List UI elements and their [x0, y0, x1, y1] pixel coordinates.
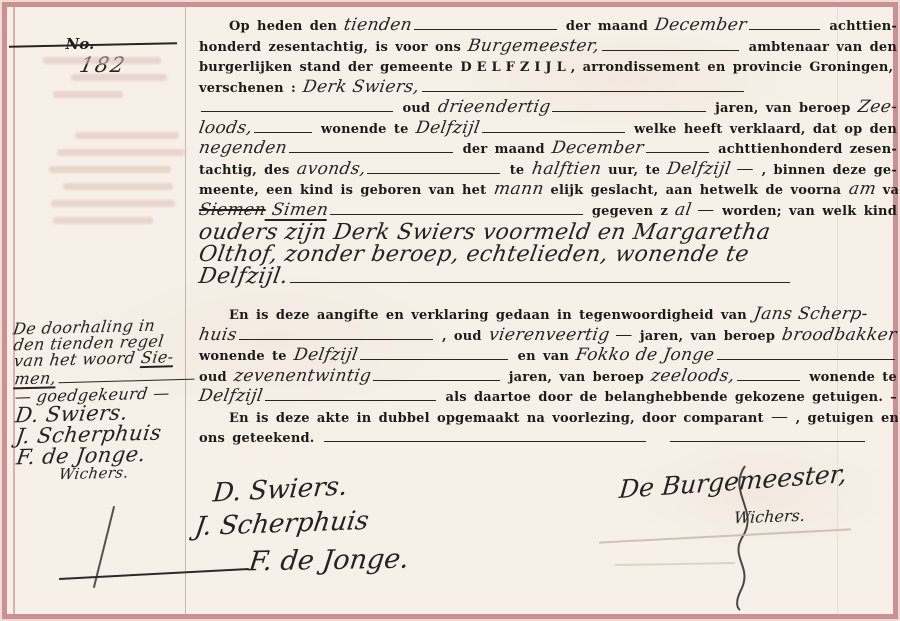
struck-name: Siemen: [198, 202, 267, 219]
document-line: oud drieendertig jaren, van beroep Zee-: [199, 99, 897, 120]
handwritten-text: December: [551, 140, 645, 157]
blank-rule: [737, 375, 800, 381]
printed-text: , binnen deze ge-: [754, 161, 897, 182]
page-edge-line: [13, 7, 15, 614]
document-line: burgerlijken stand der gemeente DELFZIJL…: [199, 58, 897, 79]
underlined-handwritten-text: Sie-: [140, 349, 175, 368]
handwritten-text: halftien: [530, 161, 602, 178]
printed-text: als daartoe door de belanghebbende gekoz…: [438, 388, 897, 409]
blank-rule: [289, 147, 453, 153]
underlined-handwritten-text: Simen: [264, 202, 329, 221]
signature-witness-1: J. Scherphuis: [193, 506, 371, 542]
margin-paraph-underline: [59, 568, 249, 580]
signature-witness-2: F. de Jonge.: [247, 544, 411, 578]
printed-text: te: [502, 161, 531, 182]
document-line: Delfzijl.: [199, 266, 897, 288]
printed-text: achttien-: [822, 17, 897, 38]
printed-text: der maand: [559, 17, 656, 38]
document-line: ons geteekend.: [199, 429, 897, 450]
blank-rule: [482, 127, 625, 133]
blank-rule: [324, 436, 646, 442]
handwritten-text: Delfzijl: [198, 388, 264, 405]
printed-text: wonende te: [314, 120, 416, 141]
document-line: Olthof, zonder beroep, echtelieden, wone…: [199, 244, 897, 266]
spacer: [867, 441, 897, 442]
fold-line-left: [185, 7, 186, 614]
document-line: loods, wonende te Delfzijl welke heeft v…: [199, 120, 897, 141]
handwritten-text: negenden: [198, 140, 289, 157]
printed-text: welke heeft verklaard, dat op den: [627, 120, 897, 141]
blank-rule: [749, 24, 820, 30]
handwritten-text: al —: [674, 202, 716, 219]
printed-text: achttienhonderd zesen-: [711, 140, 897, 161]
handwritten-text: vierenveertig —: [488, 327, 634, 344]
document-line: wonende te Delfzijl en van Fokko de Jong…: [199, 347, 897, 368]
blank-rule: [265, 395, 437, 401]
printed-text: uur, te: [601, 161, 668, 182]
bleed-line: [49, 166, 171, 173]
handwritten-text: Delfzijl: [414, 120, 480, 137]
blank-rule: [602, 45, 740, 51]
blank-rule: [367, 168, 500, 174]
marginal-annotation: De doorhaling inden tienden regelvan het…: [13, 317, 199, 484]
blank-rule: [254, 127, 311, 133]
document-line: tachtig, des avonds, te halftien uur, te…: [199, 161, 897, 182]
document-line: meente, een kind is geboren van het mann…: [199, 181, 897, 202]
handwritten-text: Burgemeester,: [467, 38, 601, 55]
printed-text: , oud: [435, 327, 489, 348]
blank-rule: [58, 374, 194, 384]
handwritten-text: December: [654, 17, 748, 34]
handwritten-text: drieendertig: [436, 99, 551, 116]
printed-text: wonende te: [199, 347, 294, 368]
handwritten-text: am: [847, 181, 877, 198]
printed-text: En is deze akte in dubbel opgemaakt na v…: [229, 409, 771, 430]
document-line: ouders zijn Derk Swiers voormeld en Marg…: [199, 222, 897, 244]
bleed-line: [63, 183, 173, 190]
printed-text: honderd zesentachtig, is voor ons: [199, 38, 468, 59]
letterspaced-text: DELFZIJL: [460, 58, 570, 79]
signature-comparant: D. Swiers.: [212, 471, 349, 508]
handwritten-text: zeeloods,: [650, 368, 736, 385]
handwritten-text: huis: [198, 327, 238, 344]
document-line: huis , oud vierenveertig — jaren, van be…: [199, 327, 897, 348]
printed-text: jaren, van beroep: [502, 368, 652, 389]
bleed-line: [53, 91, 123, 98]
blank-rule: [360, 354, 509, 360]
printed-text: Op heden den: [229, 17, 344, 38]
act-paragraph-2: En is deze aangifte en verklaring gedaan…: [199, 306, 897, 450]
act-paragraph-1: Op heden den tienden der maand December …: [199, 17, 897, 288]
printed-text: oud: [199, 368, 234, 389]
blank-rule: [552, 106, 706, 112]
printed-text: ons geteekend.: [199, 429, 322, 450]
printed-text: wonende te: [802, 368, 897, 389]
handwritten-text: tienden: [343, 17, 414, 34]
printed-text: meente, een kind is geboren van het: [199, 181, 494, 202]
bleed-line: [51, 200, 175, 207]
blank-rule: [717, 354, 896, 360]
blank-rule: [422, 86, 745, 92]
blank-rule: [373, 375, 499, 381]
handwritten-text: Delfzijl: [293, 347, 359, 364]
document-line: negenden der maand December achttienhond…: [199, 140, 897, 161]
spacer: [792, 282, 897, 283]
blank-rule: [290, 277, 790, 283]
blank-rule: [646, 147, 709, 153]
bleed-line: [57, 149, 185, 156]
handwritten-text: broodbakker: [781, 327, 898, 344]
document-line: Op heden den tienden der maand December …: [199, 17, 897, 38]
act-body: Op heden den tienden der maand December …: [199, 17, 897, 450]
printed-text: tachtig, des: [199, 161, 297, 182]
printed-text: , getuigen en: [788, 409, 899, 430]
printed-text: en van: [510, 347, 576, 368]
handwritten-text: loods,: [198, 120, 254, 137]
handwritten-text: Wichers.: [58, 465, 130, 482]
blank-rule: [330, 209, 583, 215]
printed-text: elijk geslacht, aan hetwelk de voorna: [543, 181, 848, 202]
handwritten-text: Delfzijl —: [666, 161, 756, 178]
document-line: verschenen : Derk Swiers,: [199, 79, 897, 100]
document-line: Siemen Simen gegeven z al — worden; van …: [199, 202, 897, 223]
bleed-line: [75, 132, 179, 139]
document-line: Delfzijl als daartoe door de belanghebbe…: [199, 388, 897, 409]
handwritten-text: Jans Scherp-: [753, 306, 869, 323]
document-line: En is deze aangifte en verklaring gedaan…: [199, 306, 897, 327]
blank-rule: [239, 334, 433, 340]
handwritten-text: Derk Swiers,: [302, 79, 421, 96]
handwritten-text: zevenentwintig: [233, 368, 373, 385]
printed-text: der maand: [455, 140, 552, 161]
printed-text: jaren, van beroep: [633, 327, 783, 348]
printed-text: gegeven z: [585, 202, 676, 223]
bleed-line: [53, 217, 153, 224]
printed-text: jaren, van beroep: [708, 99, 858, 120]
printed-text: ambtenaar van den: [741, 38, 897, 59]
handwritten-text: —: [770, 409, 790, 426]
handwritten-text: Zee-: [856, 99, 898, 116]
printed-text: burgerlijken stand der gemeente: [199, 58, 460, 79]
printed-text: oud: [395, 99, 437, 120]
bleed-line: [71, 74, 167, 81]
scanned-birth-record: No. 182 Op heden den tienden der maand D…: [0, 0, 900, 621]
bleed-line: [43, 57, 161, 64]
printed-text: , arrondissement en provincie Groningen,: [571, 58, 894, 79]
paper-sheet: No. 182 Op heden den tienden der maand D…: [7, 7, 893, 614]
handwritten-text: ouders zijn Derk Swiers voormeld en Marg…: [197, 222, 772, 244]
document-line: En is deze akte in dubbel opgemaakt na v…: [199, 409, 897, 430]
blank-rule: [414, 24, 556, 30]
printed-text: verschenen :: [199, 79, 303, 100]
blank-rule: [670, 436, 865, 442]
printed-text: van: [876, 181, 900, 202]
handwritten-text: van het woord: [13, 350, 142, 369]
printed-text: worden; van welk kind: [715, 202, 897, 223]
bleed-through-texture: [23, 57, 183, 234]
document-line: oud zevenentwintig jaren, van beroep zee…: [199, 368, 897, 389]
spacer: [648, 441, 668, 442]
handwritten-text: mann: [492, 181, 544, 198]
handwritten-text: Delfzijl.: [197, 266, 289, 288]
handwritten-text: Olthof, zonder beroep, echtelieden, wone…: [197, 244, 750, 266]
spacer: [746, 91, 897, 92]
printed-text: En is deze aangifte en verklaring gedaan…: [229, 306, 754, 327]
handwritten-text: Fokko de Jonge: [575, 347, 716, 364]
blank-rule: [201, 106, 393, 112]
handwritten-text: avonds,: [295, 161, 366, 178]
document-line: honderd zesentachtig, is voor ons Burgem…: [199, 38, 897, 59]
